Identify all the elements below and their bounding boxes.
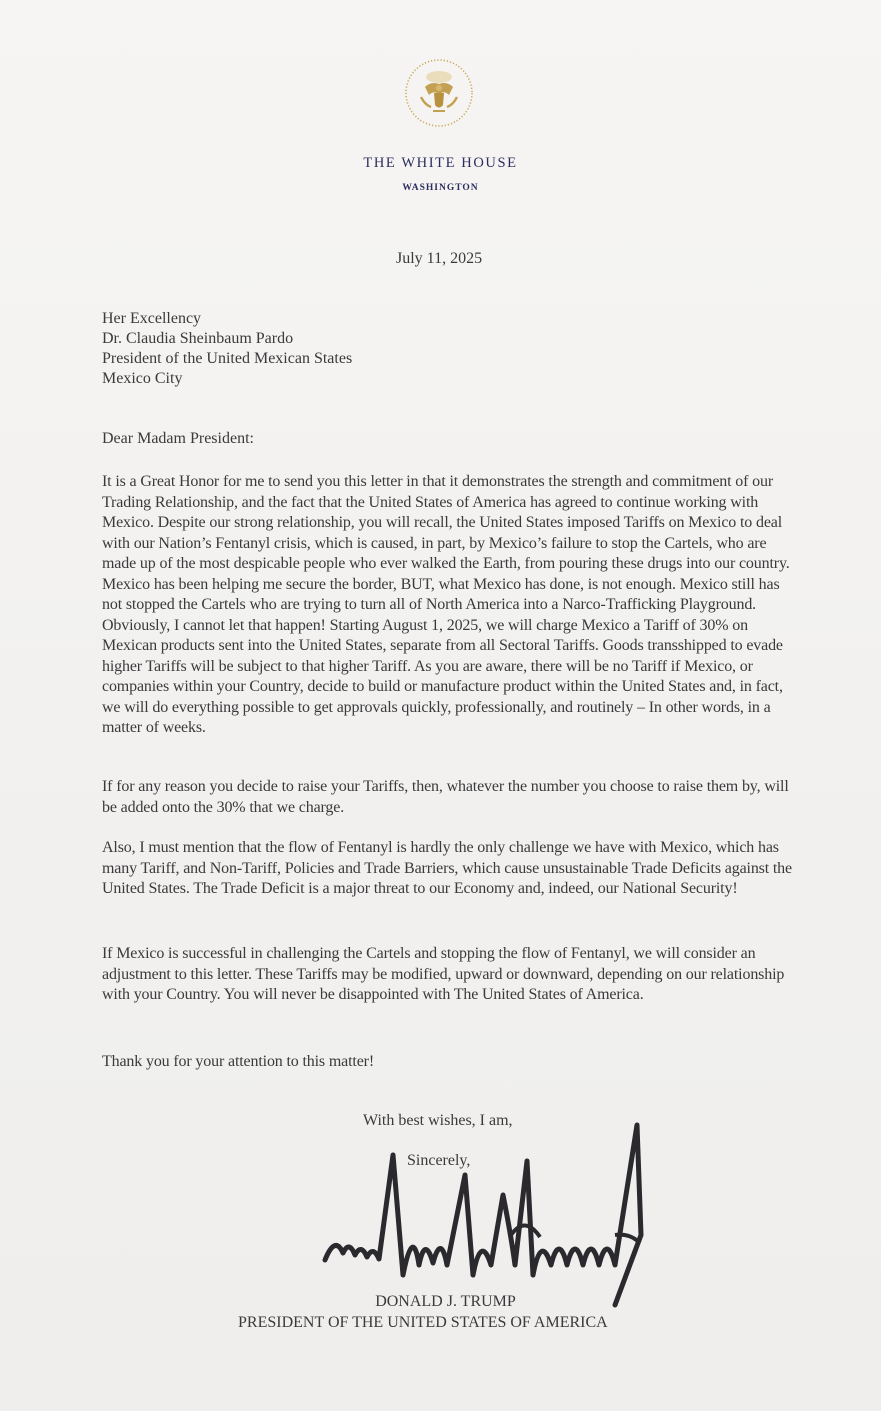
signer-title: PRESIDENT OF THE UNITED STATES OF AMERIC… <box>238 1314 608 1332</box>
letterhead-title: THE WHITE HOUSE <box>0 155 881 172</box>
handwritten-signature-icon <box>315 1115 665 1315</box>
letter-page: THE WHITE HOUSE WASHINGTON July 11, 2025… <box>0 0 881 1411</box>
recipient-line: Her Excellency <box>102 309 352 329</box>
recipient-line: Dr. Claudia Sheinbaum Pardo <box>102 329 352 349</box>
recipient-line: President of the United Mexican States <box>102 349 352 369</box>
salutation: Dear Madam President: <box>102 430 254 448</box>
recipient-line: Mexico City <box>102 369 352 389</box>
recipient-address: Her Excellency Dr. Claudia Sheinbaum Par… <box>102 309 352 389</box>
presidential-seal-icon <box>403 57 475 129</box>
body-paragraph: If for any reason you decide to raise yo… <box>102 777 792 818</box>
letter-date: July 11, 2025 <box>396 250 482 268</box>
letterhead-subtitle: WASHINGTON <box>0 183 881 193</box>
signer-name: DONALD J. TRUMP <box>0 1293 881 1311</box>
body-paragraph: Thank you for your attention to this mat… <box>102 1052 792 1073</box>
body-paragraph: It is a Great Honor for me to send you t… <box>102 472 792 739</box>
body-paragraph: Also, I must mention that the flow of Fe… <box>102 838 792 900</box>
body-paragraph: If Mexico is successful in challenging t… <box>102 944 792 1006</box>
